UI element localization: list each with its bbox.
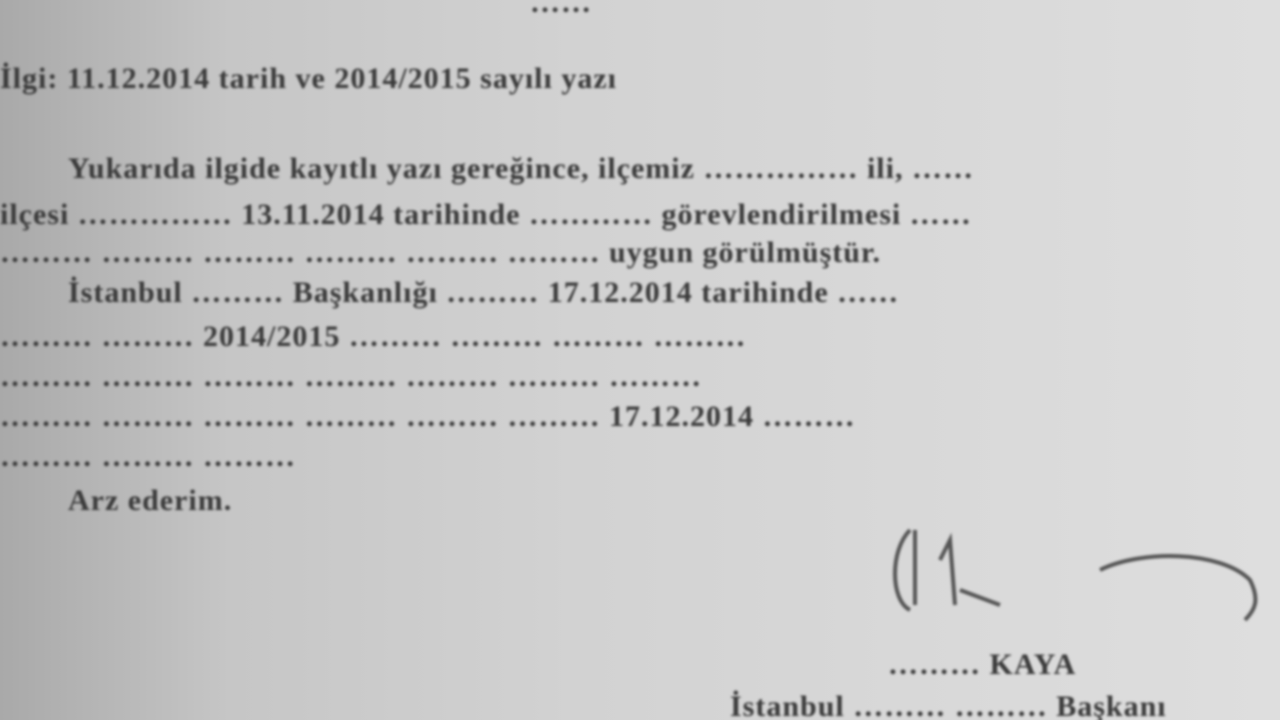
body-line: ……… ……… ……… [0,440,296,474]
subject-line: İlgi: 11.12.2014 tarih ve 2014/2015 sayı… [0,62,617,96]
signatory-name: ……… KAYA [888,648,1076,682]
body-line: ……… ……… ……… ……… ……… ……… uygun görülmüştü… [0,236,881,270]
body-line: Yukarıda ilgide kayıtlı yazı gereğince, … [68,152,974,186]
body-line: İstanbul ……… Başkanlığı ……… 17.12.2014 t… [68,276,899,310]
scanned-document: …… İlgi: 11.12.2014 tarih ve 2014/2015 s… [0,0,1280,720]
body-line: ……… ……… ……… ……… ……… ……… 17.12.2014 ……… [0,400,856,434]
closing-text: Arz ederim. [68,484,232,518]
body-line: ilçesi …………… 13.11.2014 tarihinde ………… g… [0,198,972,232]
handwritten-signature-icon [880,510,1280,630]
header-fragment: …… [530,0,592,20]
body-line: ……… ……… 2014/2015 ……… ……… ……… ……… [0,320,746,354]
body-line: ……… ……… ……… ……… ……… ……… ……… [0,360,702,394]
signatory-title: İstanbul ……… ……… Başkanı [730,690,1167,720]
